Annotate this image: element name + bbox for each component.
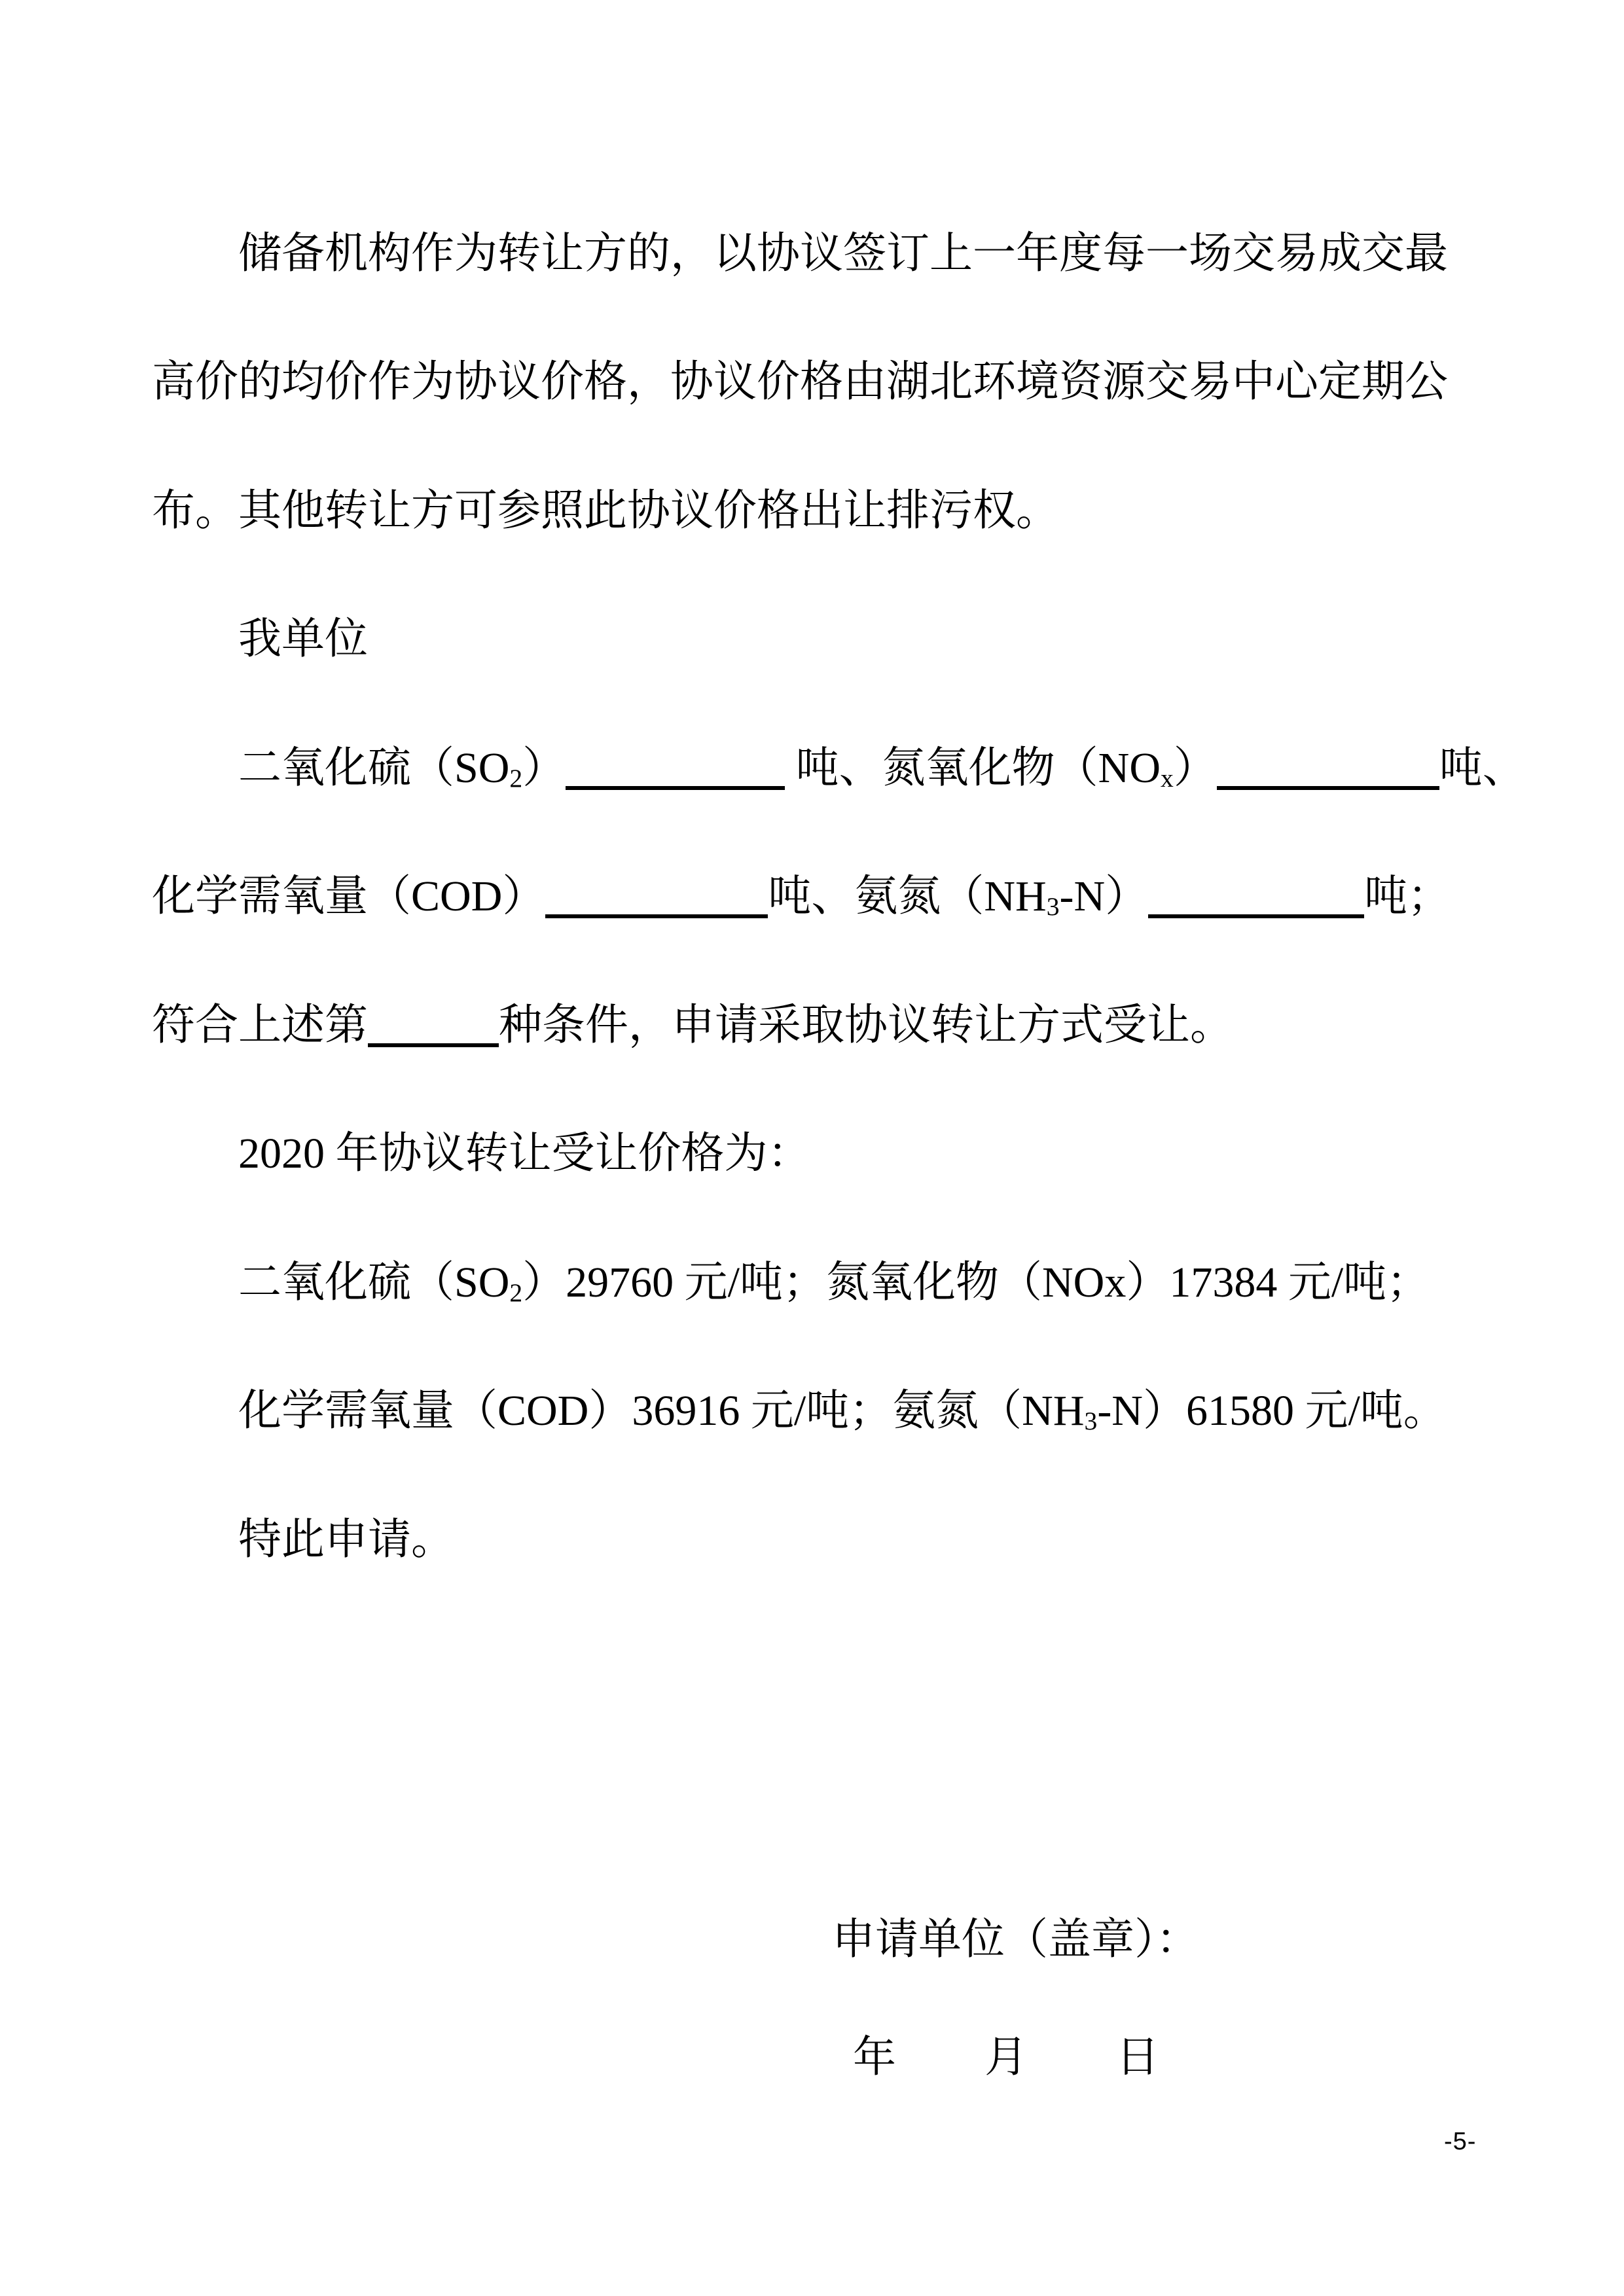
day-label: 日 bbox=[1116, 2034, 1159, 2081]
subscript-3: 3 bbox=[1085, 1407, 1098, 1435]
cod-amount-blank bbox=[545, 871, 768, 918]
subscript-x: x bbox=[1161, 764, 1174, 793]
price-line-cod-nh3n: 化学需氧量（COD）36916 元/吨；氨氮（NH3-N）61580 元/吨。 bbox=[152, 1347, 1447, 1475]
so2-amount-blank bbox=[566, 743, 785, 790]
subscript-3: 3 bbox=[1047, 892, 1060, 921]
body-text: 储备机构作为转让方的，以协议签订上一年度每一场交易成交最 bbox=[238, 230, 1448, 278]
signature-label: 申请单位（盖章）： bbox=[832, 1916, 1199, 1964]
condition-number-blank bbox=[368, 1000, 499, 1047]
body-text: 我单位 bbox=[238, 615, 368, 663]
nh3n-amount-blank bbox=[1148, 871, 1364, 918]
body-text: 二氧化硫（SO bbox=[238, 744, 509, 792]
date-line: 年月日 bbox=[853, 1994, 1159, 2122]
closing-line: 特此申请。 bbox=[152, 1476, 454, 1604]
subscript-2: 2 bbox=[509, 764, 522, 793]
paragraph1-line1: 储备机构作为转让方的，以协议签订上一年度每一场交易成交最 bbox=[152, 190, 1448, 318]
body-text: 二氧化硫（SO bbox=[238, 1259, 509, 1306]
body-text: 化学需氧量（COD）36916 元/吨；氨氮（NH bbox=[238, 1387, 1085, 1435]
nox-amount-blank bbox=[1217, 743, 1439, 790]
unit-intro-line: 我单位 bbox=[152, 575, 368, 704]
body-text: 吨； bbox=[1364, 872, 1451, 920]
signature-label-line: 申请单位（盖章）： bbox=[832, 1876, 1199, 2004]
quota-line-so2-nox: 二氧化硫（SO2） 吨、氮氧化物（NOx）吨、 bbox=[152, 704, 1526, 833]
paragraph1-line3: 布。其他转让方可参照此协议价格出让排污权。 bbox=[152, 447, 1059, 575]
month-label: 月 bbox=[984, 2034, 1028, 2081]
page-number: -5- bbox=[1444, 2128, 1476, 2155]
body-text: 化学需氧量（COD） bbox=[152, 872, 545, 920]
body-text: -N） bbox=[1059, 872, 1148, 920]
body-text: 高价的均价作为协议价格，协议价格由湖北环境资源交易中心定期公 bbox=[152, 358, 1448, 406]
body-text: ）29760 元/吨；氮氧化物（NOx）17384 元/吨； bbox=[522, 1259, 1430, 1306]
body-text: 吨、氮氧化物（NO bbox=[785, 744, 1161, 792]
body-text: 吨、 bbox=[1439, 744, 1526, 792]
body-text: 特此申请。 bbox=[238, 1516, 454, 1564]
body-text: ） bbox=[522, 744, 566, 792]
condition-line: 符合上述第种条件，申请采取协议转让方式受让。 bbox=[152, 961, 1233, 1090]
body-text: 符合上述第 bbox=[152, 1001, 368, 1049]
document-page: 储备机构作为转让方的，以协议签订上一年度每一场交易成交最 高价的均价作为协议价格… bbox=[0, 0, 1624, 2296]
body-text: 种条件，申请采取协议转让方式受让。 bbox=[499, 1001, 1233, 1049]
year-label: 年 bbox=[853, 2034, 896, 2081]
body-text: 布。其他转让方可参照此协议价格出让排污权。 bbox=[152, 487, 1059, 535]
price-line-so2-nox: 二氧化硫（SO2）29760 元/吨；氮氧化物（NOx）17384 元/吨； bbox=[152, 1219, 1430, 1347]
paragraph1-line2: 高价的均价作为协议价格，协议价格由湖北环境资源交易中心定期公 bbox=[152, 318, 1448, 446]
body-text: -N）61580 元/吨。 bbox=[1097, 1387, 1446, 1435]
body-text: ） bbox=[1174, 744, 1217, 792]
quota-line-cod-nh3n: 化学需氧量（COD）吨、氨氮（NH3-N）吨； bbox=[152, 833, 1451, 961]
price-intro-line: 2020 年协议转让受让价格为： bbox=[152, 1090, 811, 1218]
body-text: 2020 年协议转让受让价格为： bbox=[238, 1130, 811, 1177]
subscript-2: 2 bbox=[509, 1278, 522, 1307]
body-text: 吨、氨氮（NH bbox=[768, 872, 1046, 920]
